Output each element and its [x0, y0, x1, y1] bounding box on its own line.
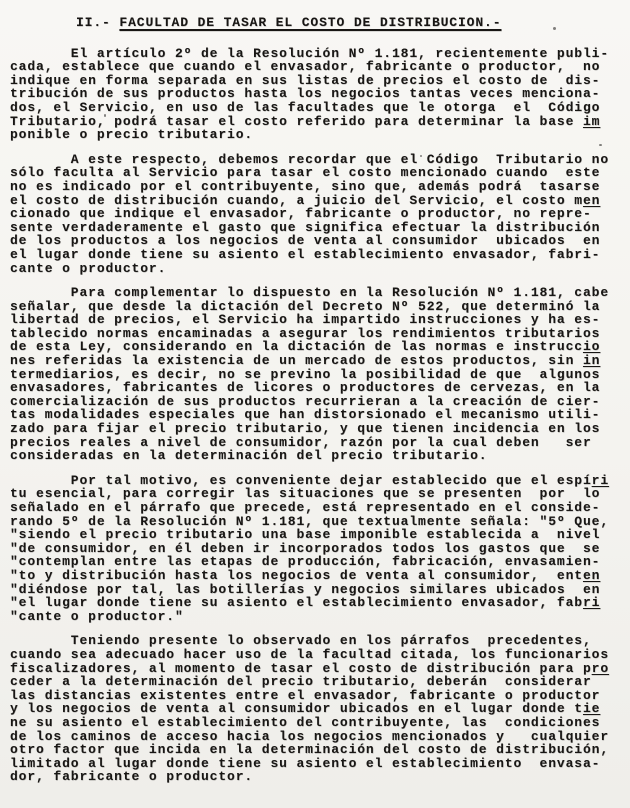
text-line: otro factor que incida en la determinaci…: [10, 743, 624, 757]
text-line: de los caminos de acceso hacia los negoc…: [10, 730, 624, 744]
word-continuation-underline: ro: [592, 661, 609, 676]
paragraph: A este respecto, debemos recordar que el…: [10, 153, 624, 275]
text-line: tas modalidades especiales que han disto…: [10, 408, 624, 422]
paragraph: Para complementar lo dispuesto en la Res…: [10, 286, 624, 463]
text-line: Teniendo presente lo observado en los pá…: [10, 634, 624, 648]
text-line: tu esencial, para corregir las situacion…: [10, 487, 624, 501]
text-line: envasadores, fabricantes de licores o pr…: [10, 381, 624, 395]
text-line: sólo faculta al Servicio para tasar el c…: [10, 166, 624, 180]
text-line: ceder a la determinación del precio trib…: [10, 675, 624, 689]
text-line: dos, el Servicio, en uso de las facultad…: [10, 101, 624, 115]
word-continuation-underline: in: [583, 353, 600, 368]
text-line: "contemplan entre las etapas de producci…: [10, 555, 624, 569]
text-line: El artículo 2º de la Resolución Nº 1.181…: [10, 47, 624, 61]
section-title-text: FACULTAD DE TASAR EL COSTO DE DISTRIBUCI…: [119, 15, 501, 30]
text-line: fiscalizadores, al momento de tasar el c…: [10, 662, 624, 676]
text-line: A este respecto, debemos recordar que el…: [10, 153, 624, 167]
paragraph: Por tal motivo, es conveniente dejar est…: [10, 474, 624, 624]
text-line: cuando sea adecuado hacer uso de la facu…: [10, 648, 624, 662]
document-page: II.- FACULTAD DE TASAR EL COSTO DE DISTR…: [0, 0, 630, 808]
text-line: cionado que indique el envasador, fabric…: [10, 207, 624, 221]
text-line: Por tal motivo, es conveniente dejar est…: [10, 474, 624, 488]
text-line: rando 5º de la Resolución Nº 1.181, que …: [10, 515, 624, 529]
word-continuation-underline: en: [583, 568, 600, 583]
text-line: limitado al lugar donde tiene su asiento…: [10, 757, 624, 771]
text-line: Para complementar lo dispuesto en la Res…: [10, 286, 624, 300]
text-line: tablecido normas encaminadas a asegurar …: [10, 327, 624, 341]
text-line: "de consumidor, en él deben ir incorpora…: [10, 542, 624, 556]
text-line: ponible o precio tributario.: [10, 128, 624, 142]
text-line: no es indicado por el contribuyente, sin…: [10, 180, 624, 194]
text-line: de esta Ley, considerando en la dictació…: [10, 340, 624, 354]
document-body: El artículo 2º de la Resolución Nº 1.181…: [10, 47, 624, 784]
text-line: dor, fabricante o productor.: [10, 770, 624, 784]
text-line: "el lugar donde tiene su asiento el esta…: [10, 596, 624, 610]
text-line: comercialización de sus productos recurr…: [10, 395, 624, 409]
text-line: "diéndose por tal, las botillerías y neg…: [10, 583, 624, 597]
text-line: nes referidas la existencia de un mercad…: [10, 354, 624, 368]
text-line: libertad de precios, el Servicio ha impa…: [10, 313, 624, 327]
text-line: ne su asiento el establecimiento del con…: [10, 716, 624, 730]
text-line: "cante o productor.": [10, 610, 624, 624]
text-line: Tributario, podrá tasar el costo referid…: [10, 115, 624, 129]
scan-speckle: [104, 114, 106, 117]
text-line: las distancias existentes entre el envas…: [10, 689, 624, 703]
text-line: y los negocios de venta al consumidor ub…: [10, 702, 624, 716]
text-line: señalar, que desde la dictación del Decr…: [10, 300, 624, 314]
text-line: señalado en el párrafo que precede, está…: [10, 501, 624, 515]
paragraph: El artículo 2º de la Resolución Nº 1.181…: [10, 47, 624, 142]
text-line: indique en forma separada en sus listas …: [10, 74, 624, 88]
word-continuation-underline: im: [583, 114, 600, 129]
text-line: sente verdaderamente el gasto que signif…: [10, 221, 624, 235]
text-line: consideradas en la determinación del pre…: [10, 449, 624, 463]
text-line: cante o productor.: [10, 262, 624, 276]
text-line: precios reales a nivel de consumidor, ra…: [10, 436, 624, 450]
text-line: "to y distribución hasta los negocios de…: [10, 569, 624, 583]
section-number: II.-: [76, 15, 119, 30]
text-line: de los productos a los negocios de venta…: [10, 234, 624, 248]
scan-speckle: [420, 155, 422, 157]
text-line: termediarios, es decir, no se previno la…: [10, 368, 624, 382]
text-line: tribución de sus productos hasta los neg…: [10, 87, 624, 101]
paragraph: Teniendo presente lo observado en los pá…: [10, 634, 624, 784]
text-line: zado para fijar el precio tributario, y …: [10, 422, 624, 436]
text-line: cada, establece que cuando el envasador,…: [10, 60, 624, 74]
word-continuation-underline: ri: [583, 595, 600, 610]
scan-speckle: [599, 144, 602, 146]
text-line: "siendo el precio tributario una base im…: [10, 528, 624, 542]
scan-speckle: [553, 27, 556, 30]
text-line: el costo de distribución cuando, a juici…: [10, 194, 624, 208]
section-title: II.- FACULTAD DE TASAR EL COSTO DE DISTR…: [10, 16, 624, 30]
text-line: el lugar donde tiene su asiento el estab…: [10, 248, 624, 262]
